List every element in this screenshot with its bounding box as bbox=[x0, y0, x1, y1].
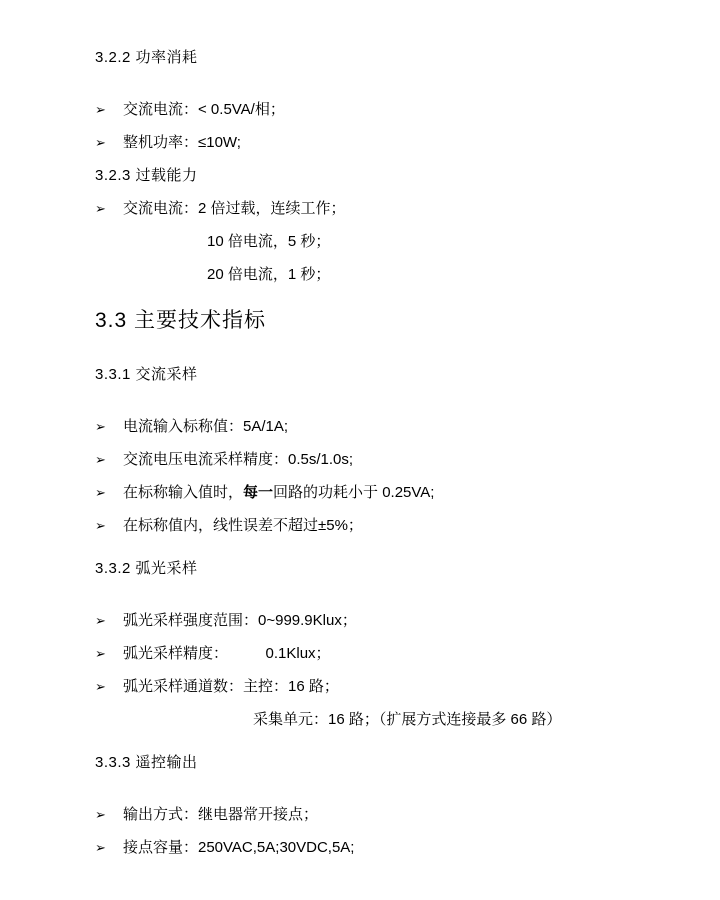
text-run: 3.3.1 交流采样 bbox=[95, 366, 198, 383]
spec-item-ac-current-consumption: ➢交流电流：< 0.5VA/相； bbox=[95, 93, 680, 126]
arrow-bullet-icon: ➢ bbox=[95, 509, 123, 542]
section-heading-3-3-1: 3.3.1 交流采样 bbox=[95, 358, 680, 391]
document-page: 3.2.2 功率消耗➢交流电流：< 0.5VA/相；➢整机功率：≤10W;3.2… bbox=[0, 0, 720, 900]
text-run: 3.2.2 功率消耗 bbox=[95, 49, 198, 66]
spec-continuation-arc-channels-unit: 采集单元：16 路；（扩展方式连接最多 66 路） bbox=[95, 703, 680, 736]
arrow-bullet-icon: ➢ bbox=[95, 670, 123, 703]
text-run: 整机功率：≤10W; bbox=[123, 134, 241, 151]
spec-item-arc-accuracy: ➢弧光采样精度： 0.1Klux； bbox=[95, 637, 680, 670]
arrow-bullet-icon: ➢ bbox=[95, 637, 123, 670]
text-run: 交流电流：2 倍过载，连续工作； bbox=[123, 200, 346, 217]
spec-item-total-power: ➢整机功率：≤10W; bbox=[95, 126, 680, 159]
text-run: 20 倍电流，1 秒； bbox=[207, 266, 330, 283]
text-run: 电流输入标称值：5A/1A; bbox=[123, 418, 288, 435]
spec-item-overload-continuous: ➢交流电流：2 倍过载，连续工作； bbox=[95, 192, 680, 225]
arrow-bullet-icon: ➢ bbox=[95, 798, 123, 831]
spec-item-linearity-error: ➢在标称值内，线性误差不超过±5%； bbox=[95, 509, 680, 542]
arrow-bullet-icon: ➢ bbox=[95, 192, 123, 225]
arrow-bullet-icon: ➢ bbox=[95, 476, 123, 509]
text-run: 接点容量：250VAC,5A;30VDC,5A; bbox=[123, 839, 354, 856]
text-run: 3.3.2 弧光采样 bbox=[95, 560, 198, 577]
spec-item-output-mode: ➢输出方式：继电器常开接点； bbox=[95, 798, 680, 831]
text-run: 弧光采样精度： 0.1Klux； bbox=[123, 645, 331, 662]
text-run: 输出方式：继电器常开接点； bbox=[123, 806, 318, 823]
arrow-bullet-icon: ➢ bbox=[95, 410, 123, 443]
text-run: 弧光采样通道数：主控：16 路； bbox=[123, 678, 339, 695]
spec-continuation-10x: 10 倍电流，5 秒； bbox=[95, 225, 680, 258]
spec-item-sampling-accuracy: ➢交流电压电流采样精度：0.5s/1.0s; bbox=[95, 443, 680, 476]
text-run: 采集单元：16 路；（扩展方式连接最多 66 路） bbox=[253, 711, 561, 728]
section-heading-3-3-3: 3.3.3 遥控输出 bbox=[95, 746, 680, 779]
spec-item-loop-consumption: ➢在标称输入值时，每一回路的功耗小于 0.25VA; bbox=[95, 476, 680, 509]
text-run: 3.3.3 遥控输出 bbox=[95, 754, 198, 771]
spec-item-arc-range: ➢弧光采样强度范围：0~999.9Klux； bbox=[95, 604, 680, 637]
text-run: 10 倍电流，5 秒； bbox=[207, 233, 330, 250]
text-run: 交流电流：< 0.5VA/相； bbox=[123, 101, 285, 118]
arrow-bullet-icon: ➢ bbox=[95, 126, 123, 159]
arrow-bullet-icon: ➢ bbox=[95, 93, 123, 126]
text-run: 在标称输入值时，每一回路的功耗小于 0.25VA; bbox=[123, 484, 434, 501]
spec-continuation-20x: 20 倍电流，1 秒； bbox=[95, 258, 680, 291]
arrow-bullet-icon: ➢ bbox=[95, 604, 123, 637]
arrow-bullet-icon: ➢ bbox=[95, 443, 123, 476]
section-heading-3-2-2: 3.2.2 功率消耗 bbox=[95, 41, 680, 74]
section-heading-3-3-2: 3.3.2 弧光采样 bbox=[95, 552, 680, 585]
arrow-bullet-icon: ➢ bbox=[95, 831, 123, 864]
spec-item-contact-capacity: ➢接点容量：250VAC,5A;30VDC,5A; bbox=[95, 831, 680, 864]
section-heading-3-2-3: 3.2.3 过载能力 bbox=[95, 159, 680, 192]
text-run: 3.3 主要技术指标 bbox=[95, 309, 266, 332]
text-run: 在标称值内，线性误差不超过±5%； bbox=[123, 517, 363, 534]
text-run: 弧光采样强度范围：0~999.9Klux； bbox=[123, 612, 357, 629]
text-run: 3.2.3 过载能力 bbox=[95, 167, 198, 184]
section-heading-3-3: 3.3 主要技术指标 bbox=[95, 298, 680, 343]
spec-item-arc-channels-main: ➢弧光采样通道数：主控：16 路； bbox=[95, 670, 680, 703]
text-run: 交流电压电流采样精度：0.5s/1.0s; bbox=[123, 451, 353, 468]
spec-item-current-nominal: ➢电流输入标称值：5A/1A; bbox=[95, 410, 680, 443]
